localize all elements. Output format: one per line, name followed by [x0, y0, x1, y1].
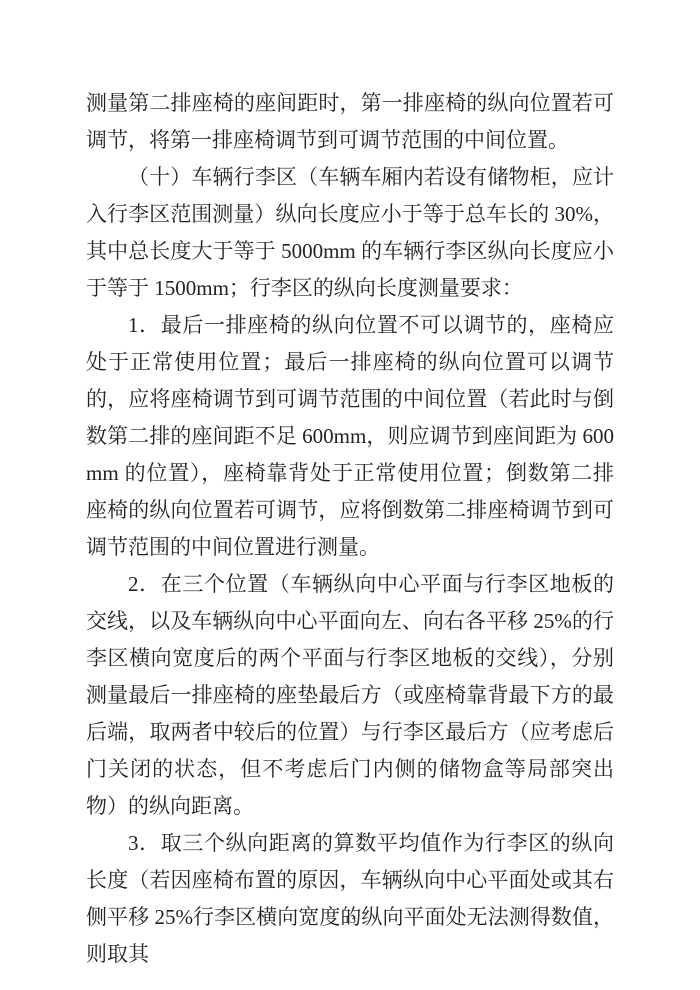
document-page: 测量第二排座椅的座间距时，第一排座椅的纵向位置若可调节，将第一排座椅调节到可调节… [0, 0, 700, 990]
document-body: 测量第二排座椅的座间距时，第一排座椅的纵向位置若可调节，将第一排座椅调节到可调节… [86, 85, 614, 973]
paragraph-rule-2: 2．在三个位置（车辆纵向中心平面与行李区地板的交线，以及车辆纵向中心平面向左、向… [86, 566, 614, 825]
paragraph-rule-1: 1．最后一排座椅的纵向位置不可以调节的，座椅应处于正常使用位置；最后一排座椅的纵… [86, 307, 614, 566]
page-footer: 13 [0, 910, 700, 928]
paragraph-rule-3: 3．取三个纵向距离的算数平均值作为行李区的纵向长度（若因座椅布置的原因，车辆纵向… [86, 825, 614, 973]
paragraph-item-10-luggage-area: （十）车辆行李区（车辆车厢内若设有储物柜，应计入行李区范围测量）纵向长度应小于等… [86, 159, 614, 307]
paragraph-continuation: 测量第二排座椅的座间距时，第一排座椅的纵向位置若可调节，将第一排座椅调节到可调节… [86, 85, 614, 159]
page-number: 13 [344, 912, 356, 926]
